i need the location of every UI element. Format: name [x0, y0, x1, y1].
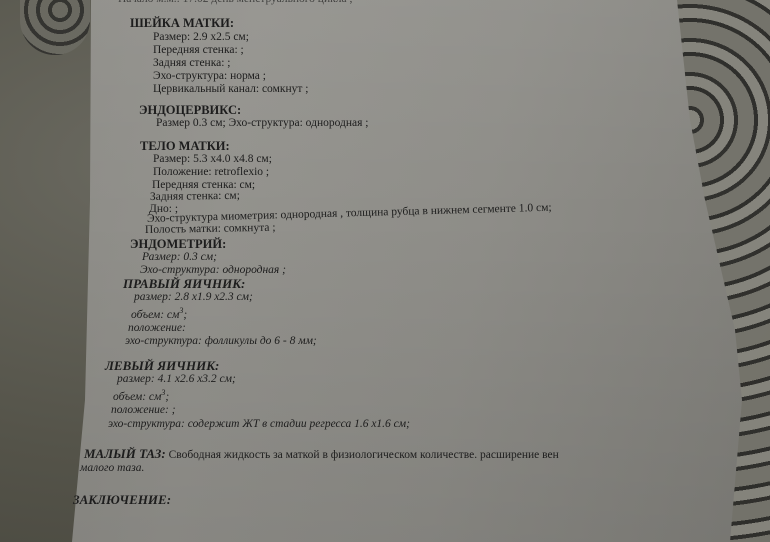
cervix-line: Задняя стенка: ;: [153, 58, 231, 70]
endocervix-line: Размер 0.3 см; Эхо-структура: однородная…: [156, 118, 369, 130]
cervix-line: Размер: 2.9 x2.5 см;: [153, 32, 249, 44]
section-title-pelvis: МАЛЫЙ ТАЗ:: [84, 446, 166, 461]
pelvis-line-2: малого таза.: [80, 463, 144, 475]
right-ovary-position: положение:: [128, 323, 186, 335]
uterus-line: Полость матки: сомкнута ;: [145, 223, 276, 237]
top-line-partial: Начало м.м.: 17.02 день менструального ц…: [118, 0, 353, 6]
left-ovary-echo: эхо-структура: содержит ЖТ в стадии регр…: [108, 419, 410, 431]
endometrium-line: Эхо-структура: однородная ;: [140, 265, 286, 277]
section-title-left-ovary: ЛЕВЫЙ ЯИЧНИК:: [105, 359, 219, 372]
left-ovary-position: положение: ;: [111, 405, 176, 417]
section-title-conclusion: ЗАКЛЮЧЕНИЕ:: [73, 493, 171, 506]
cervix-line: Цервикальный канал: сомкнут ;: [153, 84, 308, 96]
section-title-uterus-body: ТЕЛО МАТКИ:: [140, 140, 230, 153]
pelvis-line: МАЛЫЙ ТАЗ: Свободная жидкость за маткой …: [84, 447, 559, 462]
section-title-endometrium: ЭНДОМЕТРИЙ:: [130, 238, 226, 251]
right-ovary-size: размер: 2.8 x1.9 x2.3 см;: [134, 292, 253, 304]
right-ovary-echo: эхо-структура: фолликулы до 6 - 8 мм;: [125, 336, 317, 348]
left-ovary-size: размер: 4.1 x2.6 x3.2 см;: [117, 374, 236, 386]
cervix-line: Эхо-структура: норма ;: [153, 71, 266, 83]
section-title-cervix: ШЕЙКА МАТКИ:: [130, 17, 234, 30]
right-ovary-volume: объем: см3;: [131, 307, 187, 321]
uterus-line: Размер: 5.3 x4.0 x4.8 см;: [153, 154, 272, 166]
uterus-line: Задняя стенка: см;: [150, 191, 240, 204]
left-ovary-volume: объем: см3;: [113, 389, 169, 403]
cervix-line: Передняя стенка: ;: [153, 45, 244, 57]
endometrium-line: Размер: 0.3 см;: [142, 252, 217, 264]
section-title-right-ovary: ПРАВЫЙ ЯИЧНИК:: [123, 277, 245, 290]
uterus-line: Положение: retroflexio ;: [153, 167, 269, 179]
section-title-endocervix: ЭНДОЦЕРВИКС:: [139, 104, 241, 117]
